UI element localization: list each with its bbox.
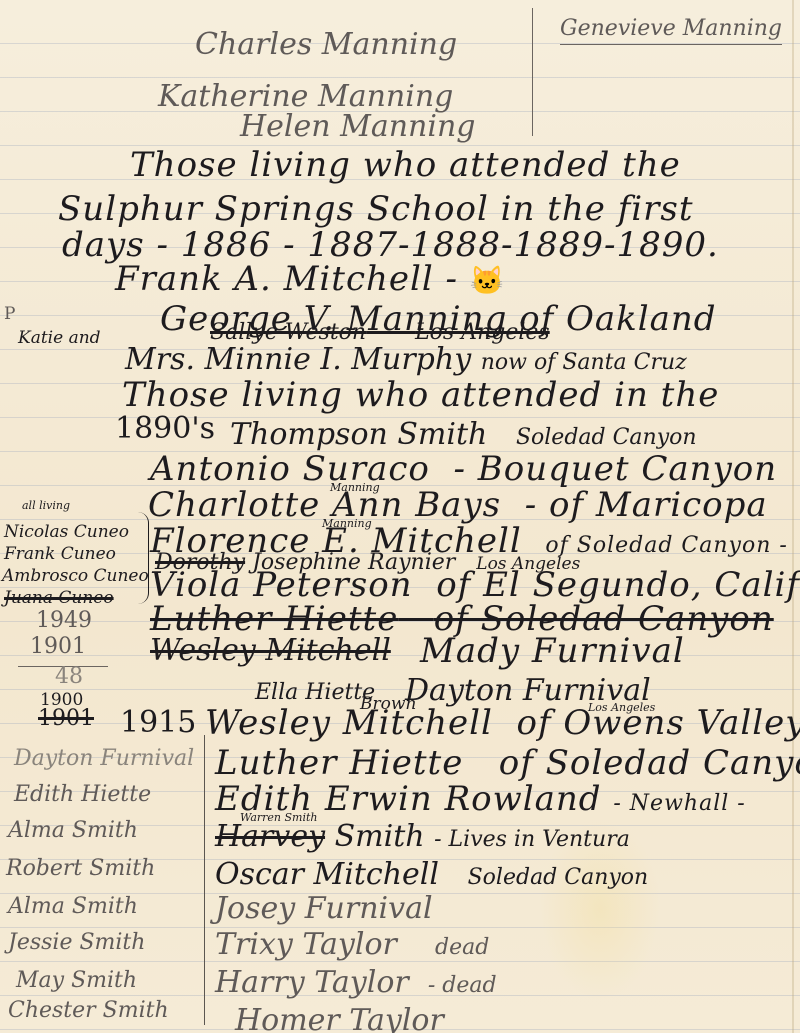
entry-antonio-suraco: Antonio Suraco - Bouquet Canyon <box>150 452 777 486</box>
entry-luther-hiette: Luther Hiette of Soledad Canyon - <box>215 746 800 780</box>
heading2-line-2: 1890's <box>115 414 215 444</box>
divider-line-top <box>532 8 533 136</box>
heading-line-3: days - 1886 - 1887-1888-1889-1890. <box>62 228 719 262</box>
entry-minnie-murphy: Mrs. Minnie I. Murphy now of Santa Cruz <box>125 345 687 375</box>
entry-frank-mitchell: Frank A. Mitchell - 🐱 <box>115 262 506 296</box>
entry-wesley-mitchell: Wesley Mitchell of Owens Valley - <box>205 706 800 740</box>
cat-doodle-icon: 🐱 <box>470 267 506 295</box>
heading2-line-1: Those living who attended in the <box>122 378 719 412</box>
entry-ella-hiette: Ella Hiette <box>255 682 375 704</box>
margin-year-1949: 1949 <box>36 610 92 632</box>
margin-note-katie: Katie and <box>18 330 101 347</box>
paper-edge <box>792 0 794 1033</box>
entry-sallye-weston: Sallye Weston Los Angeles <box>210 322 550 344</box>
heading-line-2: Sulphur Springs School in the first <box>58 192 694 226</box>
margin-bracket <box>138 512 149 604</box>
margin-label-all-living: all living <box>22 500 70 511</box>
document-page: Charles Manning Katherine Manning Helen … <box>0 0 800 1033</box>
margin-year-1901-struck: 1901 <box>38 708 94 730</box>
heading-line-1: Those living who attended the <box>130 148 681 182</box>
margin-pencil-may-smith: May Smith <box>16 970 137 992</box>
margin-pencil-dayton-furnival: Dayton Furnival <box>14 748 194 770</box>
margin-diff-48: 48 <box>55 666 83 688</box>
margin-year-1901: 1901 <box>30 636 86 658</box>
margin-pencil-chester-smith: Chester Smith <box>8 1000 169 1022</box>
entry-homer-taylor: Homer Taylor <box>235 1006 444 1033</box>
margin-pencil-edith-hiette: Edith Hiette <box>14 784 151 806</box>
margin-cuneo-nicolas: Nicolas Cuneo <box>4 524 129 541</box>
note-mady-furnival: Mady Furnival <box>420 634 685 668</box>
entry-josey-furnival: Josey Furnival <box>215 894 433 924</box>
divider-line-left <box>204 735 205 1025</box>
entry-harry-taylor: Harry Taylor - dead <box>215 968 497 998</box>
entry-wesley-mitchell-struck: Wesley Mitchell <box>150 636 391 666</box>
margin-pencil-jessie-smith: Jessie Smith <box>8 932 145 954</box>
entry-charlotte-bays: Charlotte Ann Bays - of Maricopa <box>148 488 768 522</box>
margin-cuneo-ambrosco: Ambrosco Cuneo <box>2 568 149 585</box>
pencil-name-katherine: Katherine Manning <box>158 82 453 112</box>
pencil-name-helen: Helen Manning <box>240 112 476 142</box>
entry-thompson-smith: Thompson Smith Soledad Canyon <box>230 420 697 450</box>
year-mark-1915: 1915 <box>120 708 196 738</box>
entry-trixy-taylor: Trixy Taylor dead <box>215 930 489 960</box>
margin-pencil-robert-smith: Robert Smith <box>6 858 155 880</box>
entry-oscar-mitchell: Oscar Mitchell Soledad Canyon <box>215 860 648 890</box>
entry-warren-smith: Harvey Smith - Lives in Ventura <box>215 822 630 852</box>
margin-cuneo-frank: Frank Cuneo <box>4 546 116 563</box>
pencil-name-genevieve: Genevieve Manning <box>560 18 782 45</box>
entry-viola-peterson: Viola Peterson of El Segundo, California <box>150 568 800 602</box>
margin-cuneo-juana: Juana Cuneo <box>4 590 114 607</box>
corner-mark-p: P <box>4 306 15 323</box>
pencil-name-charles: Charles Manning <box>195 30 457 60</box>
margin-pencil-alma-smith-1: Alma Smith <box>8 820 138 842</box>
margin-pencil-alma-smith-2: Alma Smith <box>8 896 138 918</box>
